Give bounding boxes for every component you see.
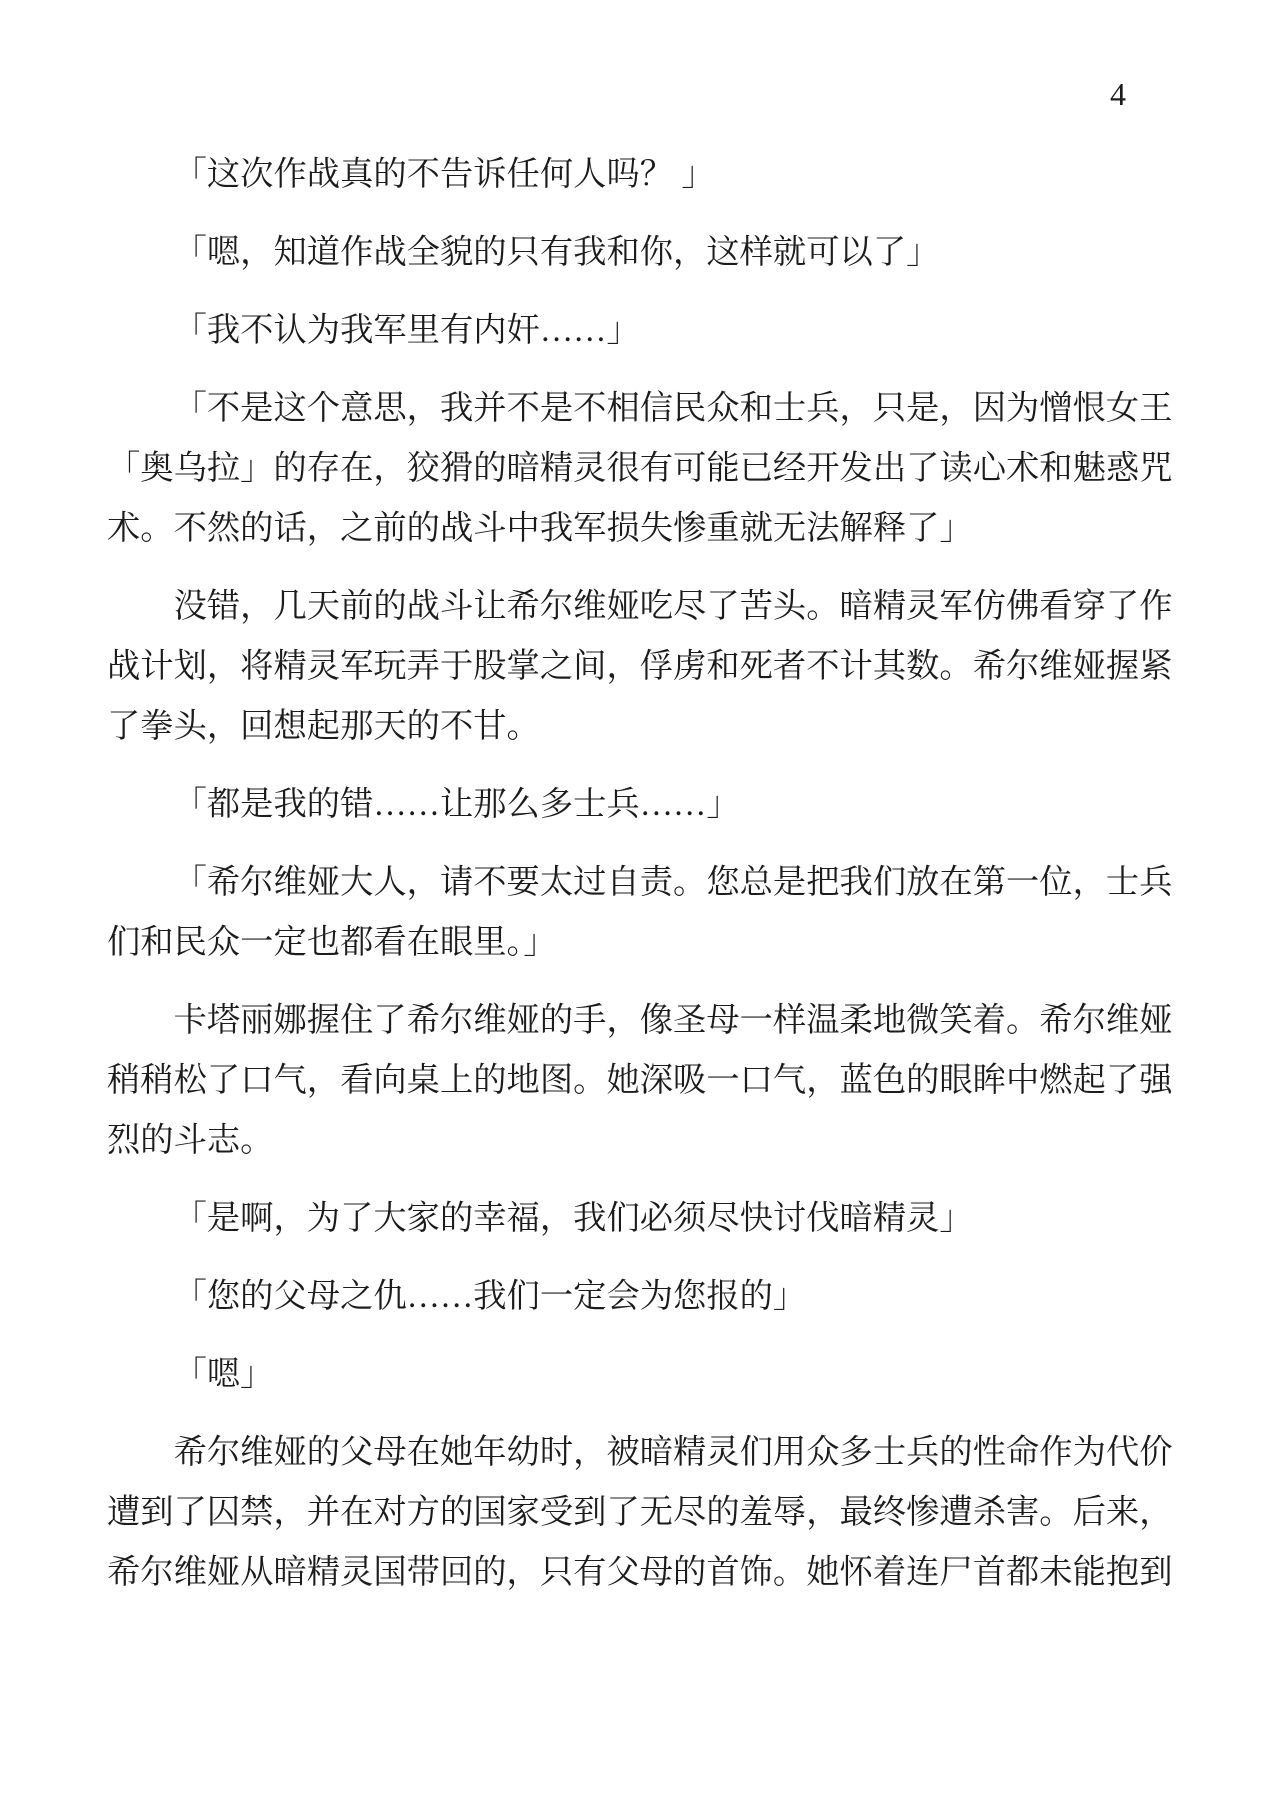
paragraph-dialogue: 「嗯，知道作战全貌的只有我和你，这样就可以了」 [107, 223, 1187, 283]
paragraph-dialogue: 「这次作战真的不告诉任何人吗？ 」 [107, 145, 1187, 205]
paragraph-dialogue: 「都是我的错……让那么多士兵……」 [107, 775, 1187, 835]
paragraph-dialogue: 「您的父母之仇……我们一定会为您报的」 [107, 1267, 1187, 1327]
paragraph-dialogue: 「不是这个意思，我并不是不相信民众和士兵，只是，因为憎恨女王「奥乌拉」的存在，狡… [107, 379, 1187, 559]
paragraph-dialogue: 「是啊，为了大家的幸福，我们必须尽快讨伐暗精灵」 [107, 1189, 1187, 1249]
paragraph-narration: 希尔维娅的父母在她年幼时，被暗精灵们用众多士兵的性命作为代价遭到了囚禁，并在对方… [107, 1423, 1187, 1603]
paragraph-dialogue: 「我不认为我军里有内奸……」 [107, 301, 1187, 361]
paragraph-narration: 没错，几天前的战斗让希尔维娅吃尽了苦头。暗精灵军仿佛看穿了作战计划，将精灵军玩弄… [107, 577, 1187, 757]
paragraph-narration: 卡塔丽娜握住了希尔维娅的手，像圣母一样温柔地微笑着。希尔维娅稍稍松了口气，看向桌… [107, 991, 1187, 1171]
page-number: 4 [1098, 74, 1138, 114]
paragraph-dialogue: 「嗯」 [107, 1345, 1187, 1405]
paragraph-dialogue: 「希尔维娅大人，请不要太过自责。您总是把我们放在第一位，士兵们和民众一定也都看在… [107, 853, 1187, 973]
body-text: 「这次作战真的不告诉任何人吗？ 」 「嗯，知道作战全貌的只有我和你，这样就可以了… [107, 145, 1187, 1621]
document-page: 4 「这次作战真的不告诉任何人吗？ 」 「嗯，知道作战全貌的只有我和你，这样就可… [0, 0, 1280, 1810]
